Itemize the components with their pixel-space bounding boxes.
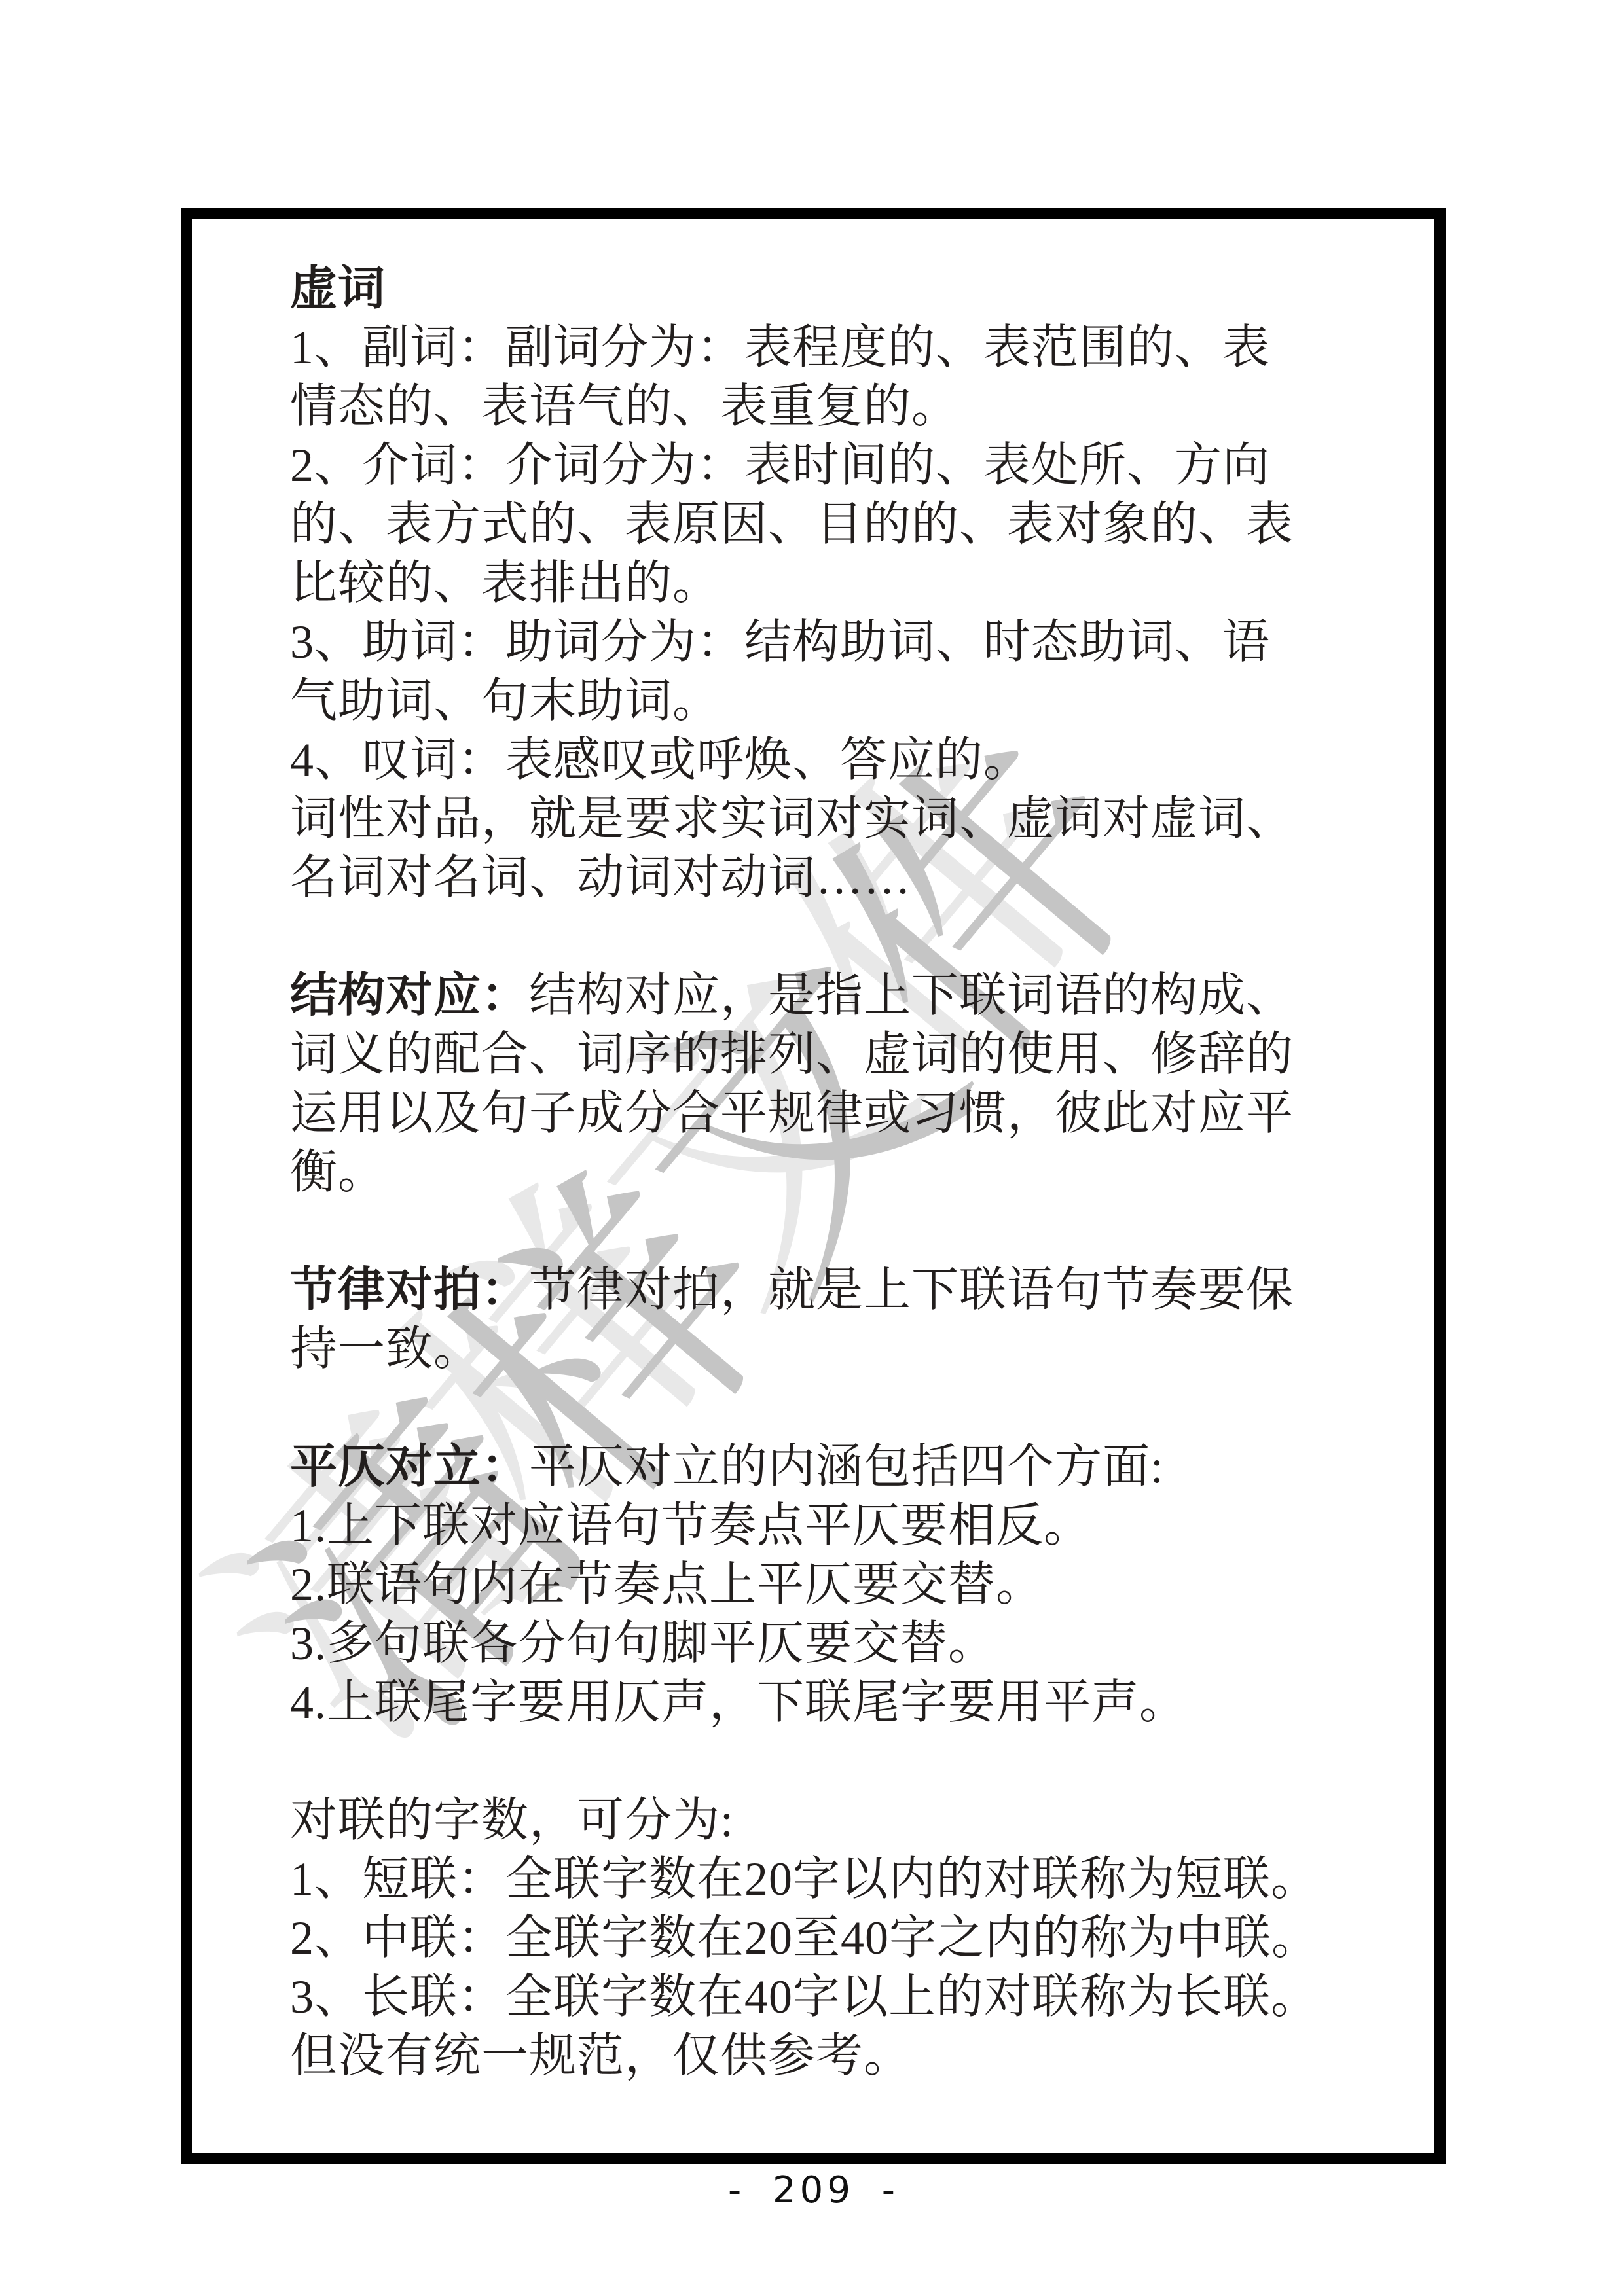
text-line-body: 名词对名词、动词对动词…… bbox=[290, 852, 911, 904]
text-line-body: 节律对拍，就是上下联语句节奏要保 bbox=[529, 1264, 1294, 1316]
text-line: 但没有统一规范，仅供参考。 bbox=[290, 2026, 1377, 2085]
text-line-body: 词性对品，就是要求实词对实词、虚词对虚词、 bbox=[290, 793, 1294, 845]
text-line-body: 词义的配合、词序的排列、虚词的使用、修辞的 bbox=[290, 1028, 1294, 1081]
text-line: 气助词、句末助词。 bbox=[290, 672, 1377, 730]
text-line: 2、中联：全联字数在20至40字之内的称为中联。 bbox=[290, 1909, 1377, 1967]
text-line: 1.上下联对应语句节奏点平仄要相反。 bbox=[290, 1496, 1377, 1555]
text-line: 2、介词：介词分为：表时间的、表处所、方向 bbox=[290, 436, 1377, 495]
text-line: 2.联语句内在节奏点上平仄要交替。 bbox=[290, 1555, 1377, 1614]
text-line bbox=[290, 1378, 1377, 1437]
text-line: 衡。 bbox=[290, 1143, 1377, 1202]
text-line-body: 1、短联：全联字数在20字以内的对联称为短联。 bbox=[290, 1853, 1319, 1905]
content-frame: 清样文件 清样文件 虚词1、副词：副词分为：表程度的、表范围的、表情态的、表语气… bbox=[181, 208, 1446, 2164]
text-line-body: 3、助词：助词分为：结构助词、时态助词、语 bbox=[290, 616, 1270, 668]
page: 清样文件 清样文件 虚词1、副词：副词分为：表程度的、表范围的、表情态的、表语气… bbox=[0, 0, 1623, 2296]
text-line: 词性对品，就是要求实词对实词、虚词对虚词、 bbox=[290, 789, 1377, 848]
text-line: 3、长联：全联字数在40字以上的对联称为长联。 bbox=[290, 1967, 1377, 2026]
text-line: 节律对拍：节律对拍，就是上下联语句节奏要保 bbox=[290, 1261, 1377, 1319]
text-line: 持一致。 bbox=[290, 1319, 1377, 1378]
text-line-body: 情态的、表语气的、表重复的。 bbox=[290, 380, 959, 433]
text-line-body: 运用以及句子成分合平规律或习惯，彼此对应平 bbox=[290, 1087, 1294, 1139]
text-line-body: 2、中联：全联字数在20至40字之内的称为中联。 bbox=[290, 1912, 1319, 1964]
text-line-body: 2、介词：介词分为：表时间的、表处所、方向 bbox=[290, 439, 1270, 492]
text-line: 运用以及句子成分合平规律或习惯，彼此对应平 bbox=[290, 1084, 1377, 1143]
text-line-heading: 平仄对立： bbox=[290, 1441, 529, 1493]
text-line-body: 1.上下联对应语句节奏点平仄要相反。 bbox=[290, 1499, 1091, 1552]
text-line: 4.上联尾字要用仄声，下联尾字要用平声。 bbox=[290, 1673, 1377, 1732]
text-block: 虚词1、副词：副词分为：表程度的、表范围的、表情态的、表语气的、表重复的。2、介… bbox=[290, 259, 1377, 2085]
text-line: 3、助词：助词分为：结构助词、时态助词、语 bbox=[290, 613, 1377, 672]
text-line-body: 3.多句联各分句句脚平仄要交替。 bbox=[290, 1617, 996, 1670]
text-line bbox=[290, 1202, 1377, 1261]
text-line-body: 对联的字数，可分为: bbox=[290, 1794, 734, 1846]
text-line-body: 衡。 bbox=[290, 1146, 386, 1198]
text-line-body: 结构对应，是指上下联词语的构成、 bbox=[529, 969, 1294, 1022]
text-line: 比较的、表排出的。 bbox=[290, 554, 1377, 613]
text-line-body: 平仄对立的内涵包括四个方面: bbox=[529, 1441, 1164, 1493]
text-line: 3.多句联各分句句脚平仄要交替。 bbox=[290, 1614, 1377, 1673]
text-line: 虚词 bbox=[290, 259, 1377, 318]
text-line: 情态的、表语气的、表重复的。 bbox=[290, 377, 1377, 436]
text-line-body: 4.上联尾字要用仄声，下联尾字要用平声。 bbox=[290, 1676, 1187, 1729]
text-line-body: 4、叹词：表感叹或呼焕、答应的。 bbox=[290, 734, 1031, 786]
text-line: 1、短联：全联字数在20字以内的对联称为短联。 bbox=[290, 1850, 1377, 1909]
text-line-heading: 结构对应： bbox=[290, 969, 529, 1022]
text-line-body: 2.联语句内在节奏点上平仄要交替。 bbox=[290, 1558, 1044, 1611]
text-line-body: 气助词、句末助词。 bbox=[290, 675, 720, 727]
text-line: 的、表方式的、表原因、目的的、表对象的、表 bbox=[290, 495, 1377, 554]
text-line-body: 持一致。 bbox=[290, 1323, 481, 1375]
text-line-body: 比较的、表排出的。 bbox=[290, 557, 720, 609]
text-line-heading: 节律对拍： bbox=[290, 1264, 529, 1316]
text-line-heading: 虚词 bbox=[290, 262, 386, 315]
text-line: 名词对名词、动词对动词…… bbox=[290, 848, 1377, 907]
text-line: 结构对应：结构对应，是指上下联词语的构成、 bbox=[290, 966, 1377, 1025]
text-line-body: 但没有统一规范，仅供参考。 bbox=[290, 2030, 911, 2082]
text-line: 1、副词：副词分为：表程度的、表范围的、表 bbox=[290, 318, 1377, 377]
text-line bbox=[290, 1732, 1377, 1791]
text-line: 词义的配合、词序的排列、虚词的使用、修辞的 bbox=[290, 1025, 1377, 1084]
text-line-body: 3、长联：全联字数在40字以上的对联称为长联。 bbox=[290, 1971, 1319, 2023]
text-line: 4、叹词：表感叹或呼焕、答应的。 bbox=[290, 730, 1377, 789]
page-number: - 209 - bbox=[181, 2169, 1446, 2212]
text-line: 对联的字数，可分为: bbox=[290, 1791, 1377, 1850]
text-line: 平仄对立：平仄对立的内涵包括四个方面: bbox=[290, 1437, 1377, 1496]
text-line-body: 的、表方式的、表原因、目的的、表对象的、表 bbox=[290, 498, 1294, 550]
text-line bbox=[290, 907, 1377, 966]
text-line-body: 1、副词：副词分为：表程度的、表范围的、表 bbox=[290, 321, 1270, 374]
